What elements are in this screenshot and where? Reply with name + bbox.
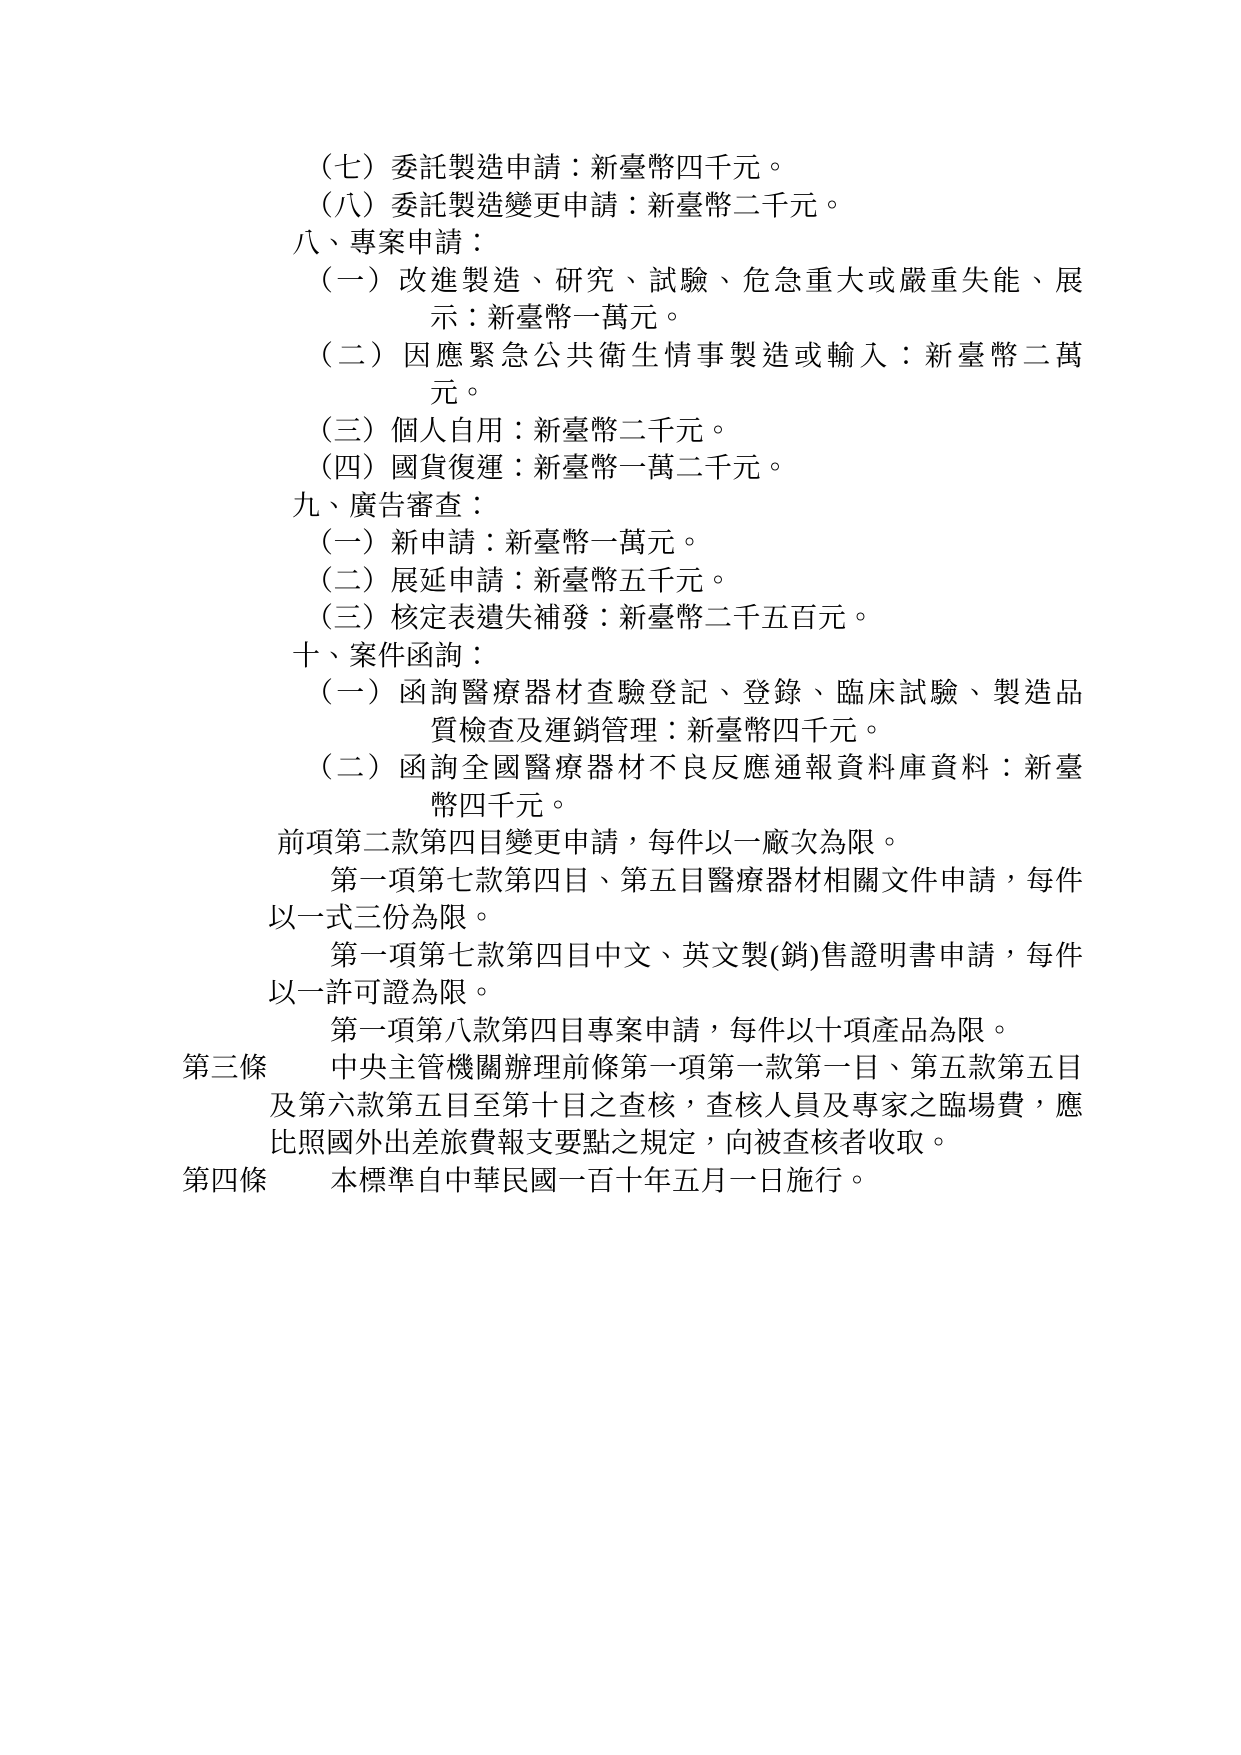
document-line: （二）展延申請：新臺幣五千元。 xyxy=(305,563,733,601)
document-line: 示：新臺幣一萬元。 xyxy=(430,300,687,338)
document-line: （二）函詢全國醫療器材不良反應通報資料庫資料：新臺 xyxy=(305,750,1083,788)
document-line: 元。 xyxy=(430,375,487,413)
document-line: （四）國貨復運：新臺幣一萬二千元。 xyxy=(305,450,790,488)
document-line: 以一許可證為限。 xyxy=(268,975,496,1013)
document-line: （二）因應緊急公共衛生情事製造或輸入：新臺幣二萬 xyxy=(305,338,1083,376)
document-line: （八）委託製造變更申請：新臺幣二千元。 xyxy=(305,188,847,226)
document-line: 中央主管機關辦理前條第一項第一款第一目、第五款第五目 xyxy=(330,1050,1083,1088)
document-line: 第一項第七款第四目中文、英文製(銷)售證明書申請，每件 xyxy=(330,938,1083,976)
document-line: 比照國外出差旅費報支要點之規定，向被查核者收取。 xyxy=(269,1125,953,1163)
document-page: （七）委託製造申請：新臺幣四千元。（八）委託製造變更申請：新臺幣二千元。八、專案… xyxy=(0,0,1241,1755)
document-line: （三）核定表遺失補發：新臺幣二千五百元。 xyxy=(305,600,875,638)
document-line: 質檢查及運銷管理：新臺幣四千元。 xyxy=(430,713,886,751)
document-line: 幣四千元。 xyxy=(430,788,573,826)
document-line: 八、專案申請： xyxy=(292,225,492,263)
document-line: 及第六款第五目至第十目之查核，查核人員及專家之臨場費，應 xyxy=(269,1088,1083,1126)
document-line: 第一項第八款第四目專案申請，每件以十項產品為限。 xyxy=(330,1013,1014,1051)
document-line: （一）新申請：新臺幣一萬元。 xyxy=(305,525,704,563)
document-line: （一）改進製造、研究、試驗、危急重大或嚴重失能、展 xyxy=(305,263,1083,301)
document-line: 本標準自中華民國一百十年五月一日施行。 xyxy=(330,1163,872,1201)
document-line: 九、廣告審查： xyxy=(292,488,492,526)
article-number: 第四條 xyxy=(182,1163,268,1201)
document-line: （七）委託製造申請：新臺幣四千元。 xyxy=(305,150,790,188)
document-line: 以一式三份為限。 xyxy=(268,900,496,938)
document-line: 前項第二款第四目變更申請，每件以一廠次為限。 xyxy=(277,825,904,863)
article-number: 第三條 xyxy=(182,1050,268,1088)
document-line: （一）函詢醫療器材查驗登記、登錄、臨床試驗、製造品 xyxy=(305,675,1083,713)
document-line: 十、案件函詢： xyxy=(292,638,492,676)
document-line: （三）個人自用：新臺幣二千元。 xyxy=(305,413,733,451)
document-line: 第一項第七款第四目、第五目醫療器材相關文件申請，每件 xyxy=(330,863,1083,901)
